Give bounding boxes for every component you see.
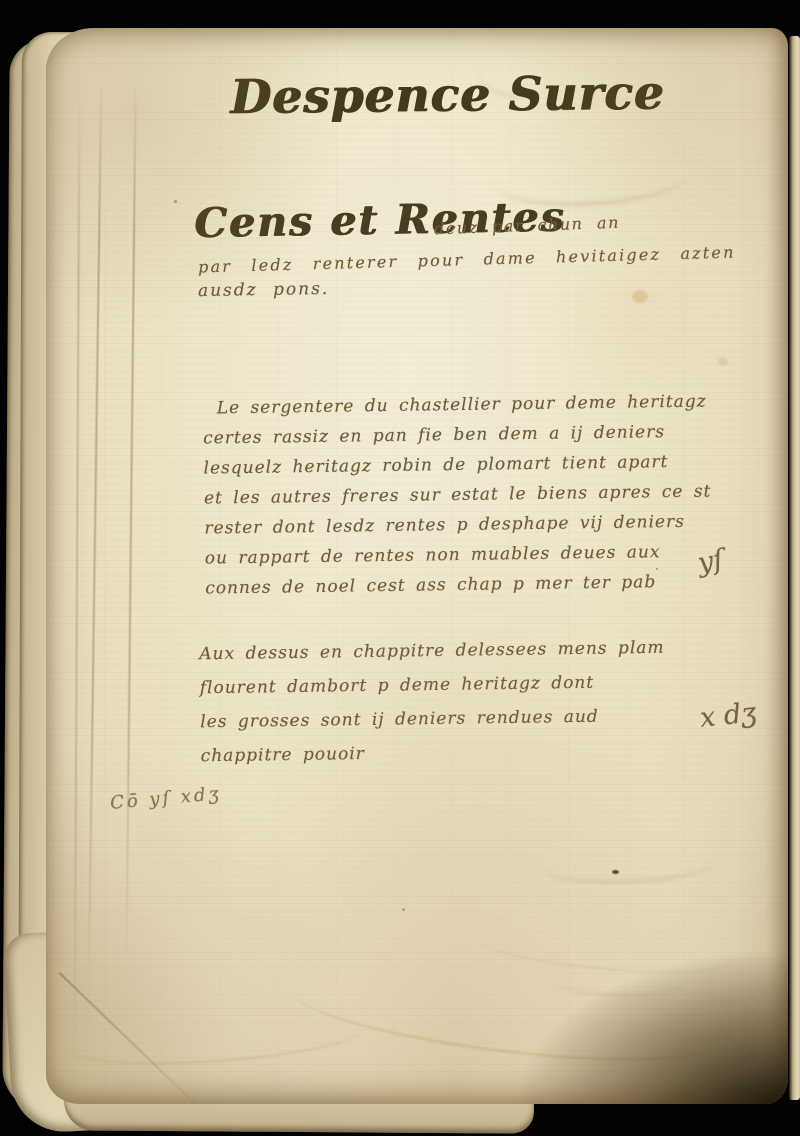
amber-spot xyxy=(632,290,648,303)
vertical-crease xyxy=(88,68,103,998)
diagonal-crease xyxy=(59,972,232,1104)
water-stain-line xyxy=(65,1004,368,1073)
ink-blot xyxy=(612,870,619,874)
vertical-crease xyxy=(73,88,80,1068)
page-title: Despence Surce xyxy=(230,66,665,126)
ink-speck xyxy=(402,908,405,911)
bottom-right-corner-stain xyxy=(512,948,788,1104)
facing-page-sliver xyxy=(789,36,800,1100)
bottom-sum-note: Cō yſ xdʒ xyxy=(109,783,222,814)
manuscript-photo: Despence Surce Cens et Rentes deuz par c… xyxy=(0,0,800,1136)
manuscript-line: chappitre pouoir xyxy=(200,733,666,773)
ghost-showthrough-text xyxy=(552,966,683,1000)
heading-note-line: par ledz renterer pour dame hevitaigez a… xyxy=(198,242,736,276)
heading-note-line: ausdz pons. xyxy=(198,279,330,301)
vertical-crease xyxy=(125,74,136,974)
amber-spot xyxy=(718,358,728,366)
ghost-showthrough-text xyxy=(541,847,712,886)
margin-sum-note-1: yſ xyxy=(696,544,726,579)
manuscript-page: Despence Surce Cens et Rentes deuz par c… xyxy=(46,28,788,1104)
water-stain-line xyxy=(475,917,738,982)
body-paragraph-2: Aux dessus en chappitre delessees mens p… xyxy=(199,631,666,773)
margin-sum-note-2: x dʒ xyxy=(699,697,758,734)
manuscript-line: connes de noel cest ass chap p mer ter p… xyxy=(205,566,713,603)
ink-speck xyxy=(174,200,177,203)
water-stain-line xyxy=(287,954,723,1078)
body-paragraph-1: Le sergentere du chastellier pour deme h… xyxy=(203,386,713,603)
